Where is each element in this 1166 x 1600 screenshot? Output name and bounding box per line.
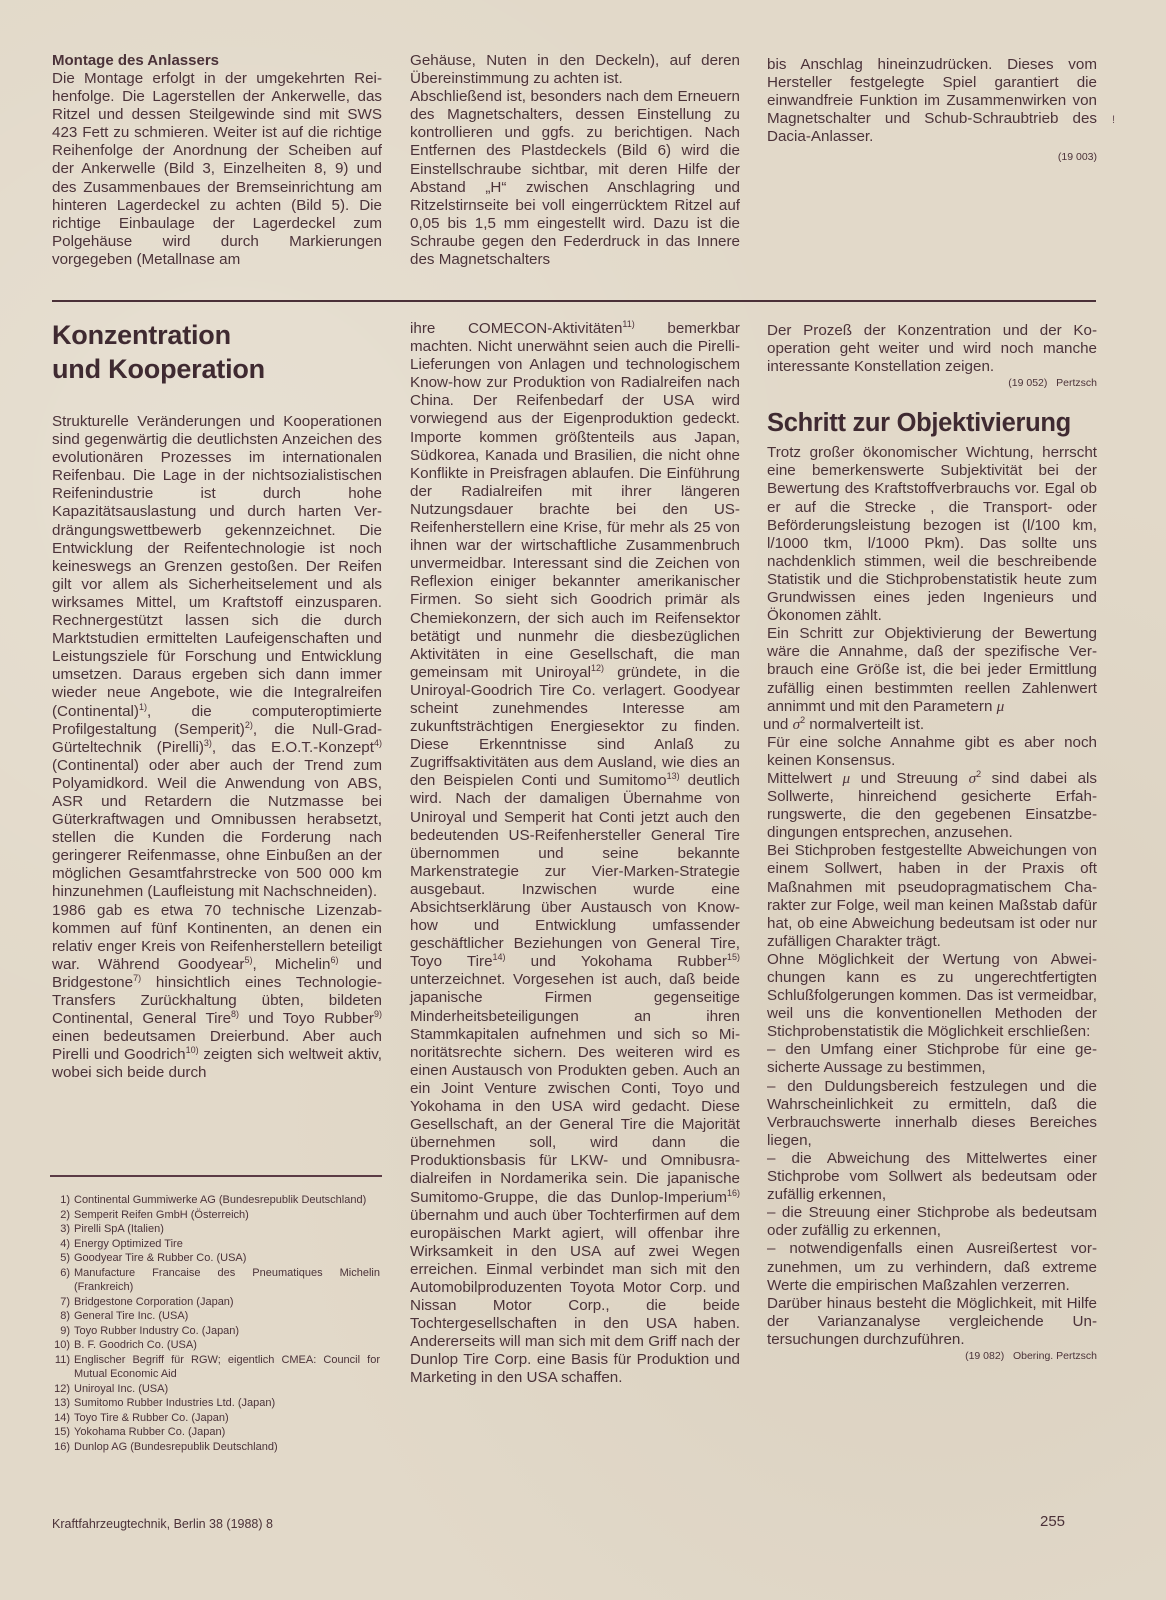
paragraph: Abschließend ist, besonders nach dem Er­… [410,88,740,269]
footnote-divider [50,1175,382,1177]
list-item: – den Duldungsbereich festzulegen und di… [767,1078,1097,1150]
footnote: 4)Energy Optimized Tire [50,1237,380,1252]
footnote: 10)B. F. Goodrich Co. (USA) [50,1338,380,1353]
list-item: – den Umfang einer Stichprobe für eine g… [767,1041,1097,1077]
paragraph: ihre COMECON-Aktivitäten11) bemerkbar ma… [410,320,740,1388]
author: Pertzsch [1056,377,1097,389]
paragraph: Bei Stichproben festgestellte Abweichung… [767,842,1097,951]
right-col: Der Prozeß der Konzentration und der Ko­… [767,322,1097,1363]
footnote: 2)Semperit Reifen GmbH (Österreich) [50,1208,380,1223]
list-item: – notwendigenfalls einen Ausreißertest v… [767,1240,1097,1294]
section-divider [52,300,1096,302]
footnote: 12)Uniroyal Inc. (USA) [50,1382,380,1397]
title-line-2: und Kooperation [52,354,265,384]
article-title: Schritt zur Objektivierung [767,408,1097,438]
paragraph: Darüber hinaus besteht die Möglichkeit, … [767,1295,1097,1349]
author: Obering. Pertzsch [1013,1350,1097,1362]
footnote: 6)Manufacture Francaise des Pneumatiques… [50,1266,380,1295]
footnote: 14)Toyo Tire & Rubber Co. (Japan) [50,1411,380,1426]
footnote: 15)Yokohama Rubber Co. (Japan) [50,1425,380,1440]
konzentration-col1: Konzentration und Kooperation Strukturel… [52,318,382,1082]
top-article-col2: Gehäuse, Nuten in den Deckeln), auf dere… [410,52,740,269]
footnote: 1)Continental Gummiwerke AG (Bundesrepub… [50,1193,380,1208]
footnote: 7)Bridgestone Corporation (Japan) [50,1295,380,1310]
list-item: – die Abweichung des Mittelwertes einer … [767,1150,1097,1204]
paragraph: Ein Schritt zur Objektivierung der Bewer… [767,625,1097,734]
paragraph: Trotz großer ökonomischer Wichtung, herr… [767,444,1097,625]
list-item: – die Streuung einer Stichprobe als bede… [767,1204,1097,1240]
top-article-col1: Montage des Anlassers Die Montage erfolg… [52,52,382,269]
article-title: Konzentration und Kooperation [52,318,382,386]
article-reference: (19 052) Pertzsch [767,376,1097,390]
top-article-col3: bis Anschlag hineinzudrücken. Dieses vom… [767,56,1097,164]
page-number: 255 [1040,1513,1065,1530]
article-reference: (19 082) Obering. Pertzsch [767,1349,1097,1363]
margin-mark: ! [1112,114,1115,126]
article-reference: (19 003) [767,150,1097,164]
footnote: 8)General Tire Inc. (USA) [50,1309,380,1324]
paragraph: 1986 gab es etwa 70 technische Lizenzab­… [52,902,382,1083]
subheading: Montage des Anlassers [52,52,382,70]
footnotes-list: 1)Continental Gummiwerke AG (Bundesrepub… [50,1193,380,1454]
footnote: 16)Dunlop AG (Bundesrepublik Deutschland… [50,1440,380,1455]
footnote: 5)Goodyear Tire & Rubber Co. (USA) [50,1251,380,1266]
footnote: 9)Toyo Rubber Industry Co. (Japan) [50,1324,380,1339]
paragraph: Strukturelle Veränderungen und Kooperati… [52,413,382,902]
footnote: 11)Englischer Begriff für RGW; eigentlic… [50,1353,380,1382]
paragraph: Der Prozeß der Konzentration und der Ko­… [767,322,1097,376]
konzentration-col2: ihre COMECON-Aktivitäten11) bemerkbar ma… [410,320,740,1388]
paragraph: Mittelwert μ und Streuung σ2 sind dabei … [767,770,1097,842]
paragraph: bis Anschlag hineinzudrücken. Dieses vom… [767,56,1097,146]
journal-citation: Kraftfahrzeugtechnik, Berlin 38 (1988) 8 [52,1517,273,1531]
paragraph: Ohne Möglichkeit der Wertung von Abwei­c… [767,951,1097,1041]
title-line-1: Konzentration [52,320,231,350]
footnote: 3)Pirelli SpA (Italien) [50,1222,380,1237]
paragraph: Für eine solche Annahme gibt es aber noc… [767,734,1097,770]
paragraph: Gehäuse, Nuten in den Deckeln), auf dere… [410,52,740,88]
footnote: 13)Sumitomo Rubber Industries Ltd. (Japa… [50,1396,380,1411]
paragraph: Die Montage erfolgt in der umgekehrten R… [52,70,382,269]
